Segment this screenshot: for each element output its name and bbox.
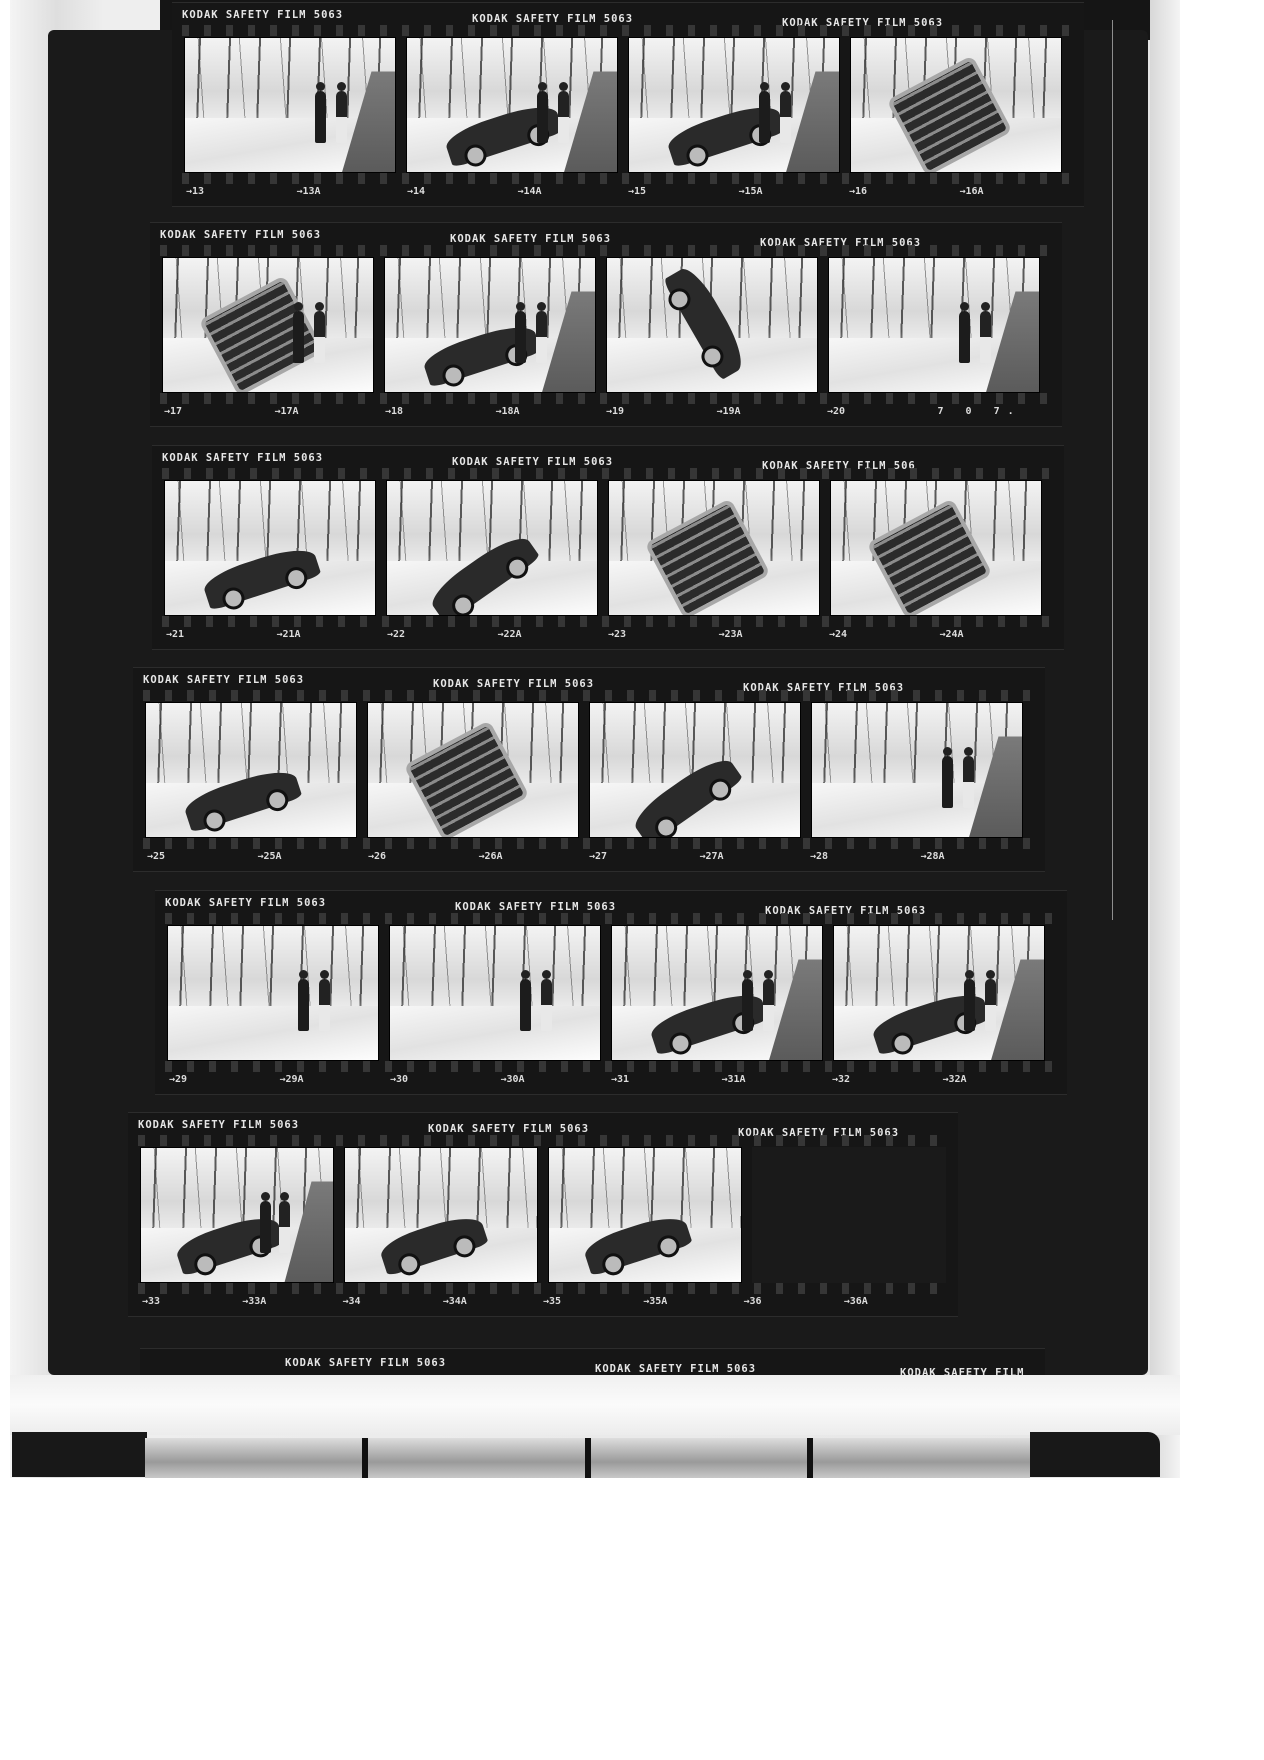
person bbox=[558, 91, 569, 143]
frame-number: →25A bbox=[258, 851, 369, 867]
photo-frame bbox=[386, 480, 598, 616]
sprocket-holes bbox=[160, 393, 1052, 404]
person bbox=[980, 311, 991, 363]
sprocket-holes bbox=[138, 1283, 948, 1294]
frame-number: →35 bbox=[543, 1296, 643, 1312]
film-strip: KODAK SAFETY FILM 5063KODAK SAFETY FILM … bbox=[172, 2, 1084, 207]
frames-row bbox=[184, 37, 1072, 173]
frame-number: →19A bbox=[717, 406, 828, 422]
photo-frame bbox=[548, 1147, 742, 1283]
scratch-mark bbox=[1112, 20, 1113, 920]
frame-number: →34A bbox=[443, 1296, 543, 1312]
frame-number: →28 bbox=[810, 851, 921, 867]
frame-number: →20 bbox=[827, 406, 938, 422]
frame-number: →26A bbox=[479, 851, 590, 867]
frame-numbers: →13→13A→14→14A→15→15A→16→16A bbox=[186, 186, 1070, 202]
frame-number: →35A bbox=[643, 1296, 743, 1312]
person bbox=[963, 756, 974, 808]
photo-frame bbox=[164, 480, 376, 616]
frame-number: →13 bbox=[186, 186, 297, 202]
photo-frame bbox=[850, 37, 1062, 173]
frame-number: →14 bbox=[407, 186, 518, 202]
person bbox=[763, 979, 774, 1031]
sprocket-holes bbox=[182, 173, 1074, 184]
photo-frame bbox=[608, 480, 820, 616]
frame-number: →24 bbox=[829, 629, 940, 645]
frame-number: →29A bbox=[280, 1074, 391, 1090]
frame-number: →30A bbox=[501, 1074, 612, 1090]
paper-edge bbox=[1150, 0, 1180, 1478]
film-edge-text: KODAK SAFETY FILM 5063 bbox=[472, 13, 633, 25]
frames-row bbox=[167, 925, 1055, 1061]
film-edge-text: KODAK SAFETY FILM 5063 bbox=[455, 901, 616, 913]
photo-frame bbox=[344, 1147, 538, 1283]
frame-number: →14A bbox=[518, 186, 629, 202]
frame-number: →18 bbox=[385, 406, 496, 422]
frame-number: →13A bbox=[297, 186, 408, 202]
photo-frame bbox=[628, 37, 840, 173]
photo-frame bbox=[591, 1438, 808, 1478]
frame-number: →25 bbox=[147, 851, 258, 867]
film-edge-text: KODAK SAFETY FILM 5063 bbox=[450, 233, 611, 245]
frame-number: →22A bbox=[498, 629, 609, 645]
sprocket-holes bbox=[162, 616, 1054, 627]
frame-number: →17 bbox=[164, 406, 275, 422]
photo-frame bbox=[589, 702, 801, 838]
frames-row bbox=[140, 1147, 946, 1283]
photo-frame bbox=[145, 1438, 362, 1478]
film-edge-text: KODAK SAFETY FILM 5063 bbox=[165, 897, 326, 909]
frame-number: →21A bbox=[277, 629, 388, 645]
snowy-ground bbox=[390, 1006, 600, 1060]
frame-number: →30 bbox=[390, 1074, 501, 1090]
frame-number: →36A bbox=[844, 1296, 944, 1312]
frame-number: →15 bbox=[628, 186, 739, 202]
person bbox=[959, 311, 970, 363]
exposed-area-bottom-right bbox=[1030, 1432, 1160, 1477]
person bbox=[314, 311, 325, 363]
person bbox=[537, 91, 548, 143]
film-strip: KODAK SAFETY FILM 5063KODAK SAFETY FILM … bbox=[152, 445, 1064, 650]
frame-number: →19 bbox=[606, 406, 717, 422]
frames-row bbox=[145, 702, 1033, 838]
sprocket-holes bbox=[143, 838, 1035, 849]
sprocket-holes bbox=[165, 913, 1057, 924]
frame-numbers: →29→29A→30→30A→31→31A→32→32A bbox=[169, 1074, 1053, 1090]
sprocket-holes bbox=[165, 1061, 1057, 1072]
sprocket-holes bbox=[162, 468, 1054, 479]
film-edge-text: KODAK SAFETY FILM 5063 bbox=[182, 9, 343, 21]
photo-frame bbox=[833, 925, 1045, 1061]
person bbox=[515, 311, 526, 363]
photo-frame bbox=[162, 257, 374, 393]
frame-number: →33A bbox=[242, 1296, 342, 1312]
person bbox=[942, 756, 953, 808]
frame-number: →23 bbox=[608, 629, 719, 645]
film-strip: KODAK SAFETY FILM 5063KODAK SAFETY FILM … bbox=[155, 890, 1067, 1095]
frame-numbers: →33→33A→34→34A→35→35A→36→36A bbox=[142, 1296, 944, 1312]
photo-frame bbox=[389, 925, 601, 1061]
sprocket-holes bbox=[143, 690, 1035, 701]
film-edge-text: KODAK SAFETY FILM 5063 bbox=[162, 452, 323, 464]
cropped-frames-row bbox=[145, 1438, 1030, 1478]
frame-number: →16A bbox=[960, 186, 1071, 202]
frame-number: →27A bbox=[700, 851, 811, 867]
photo-frame bbox=[828, 257, 1040, 393]
film-strip: KODAK SAFETY FILM 5063KODAK SAFETY FILM … bbox=[128, 1112, 958, 1317]
frame-number: →23A bbox=[719, 629, 830, 645]
frame-number: →29 bbox=[169, 1074, 280, 1090]
frame-number: →26 bbox=[368, 851, 479, 867]
photo-frame bbox=[811, 702, 1023, 838]
unexposed-band bbox=[10, 1375, 1180, 1435]
film-edge-text: KODAK SAFETY FILM 5063 bbox=[285, 1357, 446, 1369]
frame-number: →31 bbox=[611, 1074, 722, 1090]
frame-numbers: →25→25A→26→26A→27→27A→28→28A bbox=[147, 851, 1031, 867]
photo-frame bbox=[611, 925, 823, 1061]
person bbox=[780, 91, 791, 143]
frame-numbers: →17→17A→18→18A→19→19A→207 0 7. bbox=[164, 406, 1048, 422]
photo-frame bbox=[140, 1147, 334, 1283]
frame-number: →22 bbox=[387, 629, 498, 645]
frame-number: →15A bbox=[739, 186, 850, 202]
person bbox=[541, 979, 552, 1031]
frame-number: →18A bbox=[496, 406, 607, 422]
frames-row bbox=[164, 480, 1052, 616]
photo-frame bbox=[367, 702, 579, 838]
frame-number: →28A bbox=[921, 851, 1032, 867]
person bbox=[315, 91, 326, 143]
frame-number: →16 bbox=[849, 186, 960, 202]
film-edge-text: KODAK SAFETY FILM 5063 bbox=[160, 229, 321, 241]
frame-numbers: →21→21A→22→22A→23→23A→24→24A bbox=[166, 629, 1050, 645]
photo-frame bbox=[184, 37, 396, 173]
person bbox=[293, 311, 304, 363]
frame-number: →31A bbox=[722, 1074, 833, 1090]
person bbox=[742, 979, 753, 1031]
frame-number: →17A bbox=[275, 406, 386, 422]
film-strip: KODAK SAFETY FILM 5063KODAK SAFETY FILM … bbox=[133, 667, 1045, 872]
frame-number: →21 bbox=[166, 629, 277, 645]
person bbox=[536, 311, 547, 363]
handwritten-note: 7 0 7. bbox=[938, 406, 1049, 422]
photo-frame bbox=[830, 480, 1042, 616]
frame-number: →32 bbox=[832, 1074, 943, 1090]
exposed-area-bottom-left bbox=[12, 1432, 147, 1477]
frame-number: →24A bbox=[940, 629, 1051, 645]
photo-frame bbox=[167, 925, 379, 1061]
film-strip: KODAK SAFETY FILM 5063KODAK SAFETY FILM … bbox=[150, 222, 1062, 427]
frames-row bbox=[162, 257, 1050, 393]
film-edge-text: KODAK SAFETY FILM 5063 bbox=[433, 678, 594, 690]
photo-frame bbox=[606, 257, 818, 393]
person bbox=[964, 979, 975, 1031]
film-edge-text: KODAK SAFETY FILM 5063 bbox=[428, 1123, 589, 1135]
sprocket-holes bbox=[160, 245, 1052, 256]
person bbox=[759, 91, 770, 143]
photo-frame bbox=[813, 1438, 1030, 1478]
frame-number: →32A bbox=[943, 1074, 1054, 1090]
photo-frame bbox=[145, 702, 357, 838]
frame-number: →36 bbox=[744, 1296, 844, 1312]
photo-frame bbox=[406, 37, 618, 173]
photo-frame bbox=[368, 1438, 585, 1478]
blank-frame bbox=[752, 1147, 946, 1283]
frame-number: →33 bbox=[142, 1296, 242, 1312]
person bbox=[260, 1201, 271, 1253]
film-edge-text: KODAK SAFETY FILM 5063 bbox=[143, 674, 304, 686]
person bbox=[298, 979, 309, 1031]
frame-number: →34 bbox=[343, 1296, 443, 1312]
film-edge-text: KODAK SAFETY FILM 5063 bbox=[595, 1363, 756, 1375]
person bbox=[279, 1201, 290, 1253]
person bbox=[319, 979, 330, 1031]
film-edge-text: KODAK SAFETY FILM 5063 bbox=[452, 456, 613, 468]
frame-number: →27 bbox=[589, 851, 700, 867]
snowy-ground bbox=[168, 1006, 378, 1060]
photo-frame bbox=[384, 257, 596, 393]
person bbox=[336, 91, 347, 143]
sprocket-holes bbox=[138, 1135, 948, 1146]
person bbox=[985, 979, 996, 1031]
person bbox=[520, 979, 531, 1031]
film-edge-text: KODAK SAFETY FILM 5063 bbox=[138, 1119, 299, 1131]
sprocket-holes bbox=[182, 25, 1074, 36]
